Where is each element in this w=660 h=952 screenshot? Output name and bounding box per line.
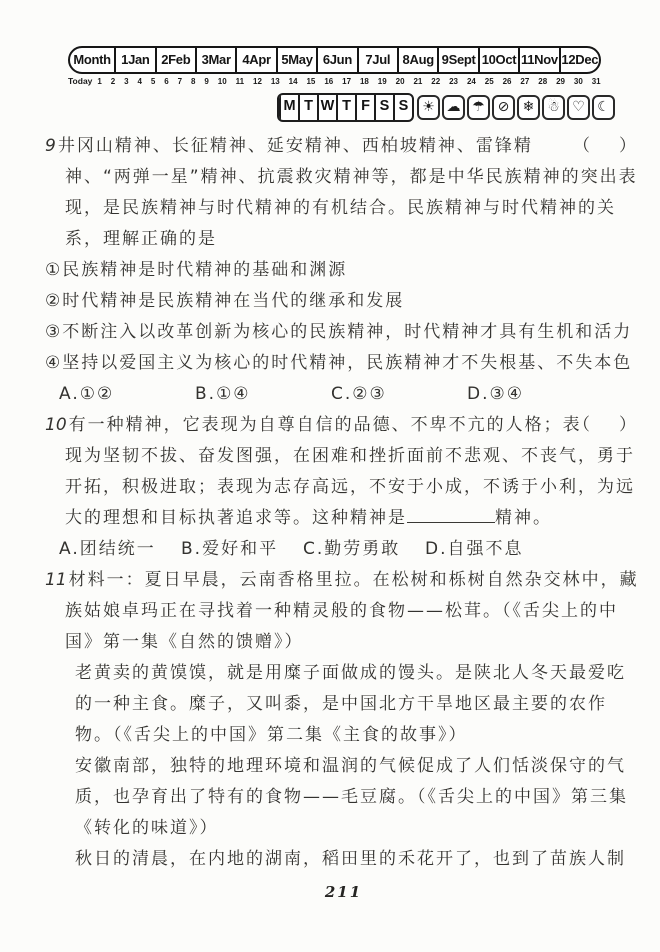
weekday-cell: M <box>279 95 298 120</box>
question-number: 10 <box>45 415 69 435</box>
day-number: 28 <box>538 77 547 86</box>
answer-bracket: （ ） <box>593 410 642 441</box>
day-number: 14 <box>289 77 298 86</box>
question-9: （ ）9井冈山精神、长征精神、延安精神、西柏坡精神、雷锋精神、“两弹一星”精神、… <box>45 131 642 410</box>
choice-label: D.③④ <box>467 379 524 410</box>
day-number: 17 <box>342 77 351 86</box>
month-cell: 10Oct <box>478 48 518 72</box>
month-cell: 11Nov <box>518 48 558 72</box>
material-paragraph: 安徽南部，独特的地理环境和温润的气候促成了人们恬淡保守的气质，也孕育出了特有的食… <box>75 751 642 844</box>
month-cell: 3Mar <box>195 48 235 72</box>
page-number: 211 <box>45 877 642 908</box>
day-number: 16 <box>324 77 333 86</box>
day-number: 13 <box>271 77 280 86</box>
day-number: 18 <box>360 77 369 86</box>
numbered-option: ①民族精神是时代精神的基础和渊源 <box>45 255 642 286</box>
day-number: 15 <box>306 77 315 86</box>
day-number: 21 <box>413 77 422 86</box>
question-10: （ ）10有一种精神，它表现为自尊自信的品德、不卑不亢的人格；表现为坚韧不拔、奋… <box>45 410 642 565</box>
question-number: 11 <box>45 570 69 590</box>
question-10-choices: A.团结统一B.爱好和平C.勤劳勇敢D.自强不息 <box>59 534 642 565</box>
day-number: 6 <box>164 77 168 86</box>
rain-cloud-icon: ☂ <box>467 95 490 120</box>
rain-storm-icon: ⊘ <box>492 95 515 120</box>
answer-bracket: （ ） <box>593 131 642 162</box>
day-number: 27 <box>520 77 529 86</box>
day-number: 29 <box>556 77 565 86</box>
question-number: 9 <box>45 136 58 156</box>
material-paragraph: 秋日的清晨，在内地的湖南，稻田里的禾花开了，也到了苗族人制 <box>75 844 642 875</box>
weekday-and-weather-strip: MTWTFSS ☀☁☂⊘❄☃♡☾ <box>277 93 660 122</box>
question-9-choices: A.①②B.①④C.②③D.③④ <box>59 379 642 410</box>
day-number: 25 <box>485 77 494 86</box>
moon-icon: ☾ <box>592 95 615 120</box>
snowman-icon: ☃ <box>542 95 565 120</box>
snow-icon: ❄ <box>517 95 540 120</box>
weather-icon-strip: ☀☁☂⊘❄☃♡☾ <box>417 95 615 120</box>
weekday-cell: S <box>374 95 393 120</box>
numbered-option: ②时代精神是民族精神在当代的继承和发展 <box>45 286 642 317</box>
exam-body: （ ）9井冈山精神、长征精神、延安精神、西柏坡精神、雷锋精神、“两弹一星”精神、… <box>45 131 642 908</box>
month-cell: 8Aug <box>397 48 437 72</box>
month-cell: 5May <box>276 48 316 72</box>
calendar-day-strip: Today 1234567891011121314151617181920212… <box>68 76 601 86</box>
day-number: 12 <box>253 77 262 86</box>
weekday-cell: T <box>298 95 317 120</box>
day-number: 9 <box>204 77 208 86</box>
question-11-material-1: 11材料一：夏日早晨，云南香格里拉。在松树和栎树自然杂交林中，藏族姑娘卓玛正在寻… <box>45 565 642 658</box>
month-cell: 6Jun <box>316 48 356 72</box>
day-number: 22 <box>431 77 440 86</box>
numbered-option: ③不断注入以改革创新为核心的民族精神，时代精神才具有生机和活力 <box>45 317 642 348</box>
calendar-month-strip: Month 1Jan2Feb3Mar4Apr5May6Jun7Jul8Aug9S… <box>68 46 601 74</box>
material-paragraph: 老黄卖的黄馍馍，就是用糜子面做成的馒头。是陕北人冬天最爱吃的一种主食。糜子，又叫… <box>75 658 642 751</box>
day-number: 19 <box>378 77 387 86</box>
day-number: 20 <box>396 77 405 86</box>
partly-cloudy-icon: ☁ <box>442 95 465 120</box>
day-number: 31 <box>592 77 601 86</box>
weekday-strip: MTWTFSS <box>277 93 414 122</box>
sun-icon: ☀ <box>417 95 440 120</box>
month-label: Month <box>70 48 114 72</box>
choice-label: B.爱好和平 <box>181 534 303 565</box>
day-number: 11 <box>236 77 244 86</box>
day-number: 5 <box>151 77 155 86</box>
day-number: 8 <box>191 77 195 86</box>
weekday-cell: T <box>336 95 355 120</box>
choice-label: A.团结统一 <box>59 534 181 565</box>
month-cell: 12Dec <box>559 48 599 72</box>
day-number: 3 <box>124 77 128 86</box>
month-cell: 4Apr <box>235 48 275 72</box>
month-cell: 1Jan <box>114 48 154 72</box>
day-number: 7 <box>178 77 182 86</box>
question-10-stem: （ ）10有一种精神，它表现为自尊自信的品德、不卑不亢的人格；表现为坚韧不拔、奋… <box>45 410 642 534</box>
day-number: 24 <box>467 77 476 86</box>
today-label: Today <box>68 76 92 86</box>
question-9-stem-text: 井冈山精神、长征精神、延安精神、西柏坡精神、雷锋精神、“两弹一星”精神、抗震救灾… <box>58 136 638 249</box>
choice-label: A.①② <box>59 379 195 410</box>
day-number: 26 <box>503 77 512 86</box>
question-11: 11材料一：夏日早晨，云南香格里拉。在松树和栎树自然杂交林中，藏族姑娘卓玛正在寻… <box>45 565 642 875</box>
fill-in-blank <box>407 506 495 523</box>
day-number: 23 <box>449 77 458 86</box>
month-cell: 2Feb <box>155 48 195 72</box>
numbered-option: ④坚持以爱国主义为核心的时代精神，民族精神才不失根基、不失本色 <box>45 348 642 379</box>
question-10-stem-tail: 精神。 <box>495 508 552 528</box>
day-number: 1 <box>97 77 101 86</box>
question-9-stem: （ ）9井冈山精神、长征精神、延安精神、西柏坡精神、雷锋精神、“两弹一星”精神、… <box>45 131 642 255</box>
day-number: 4 <box>138 77 142 86</box>
choice-label: B.①④ <box>195 379 331 410</box>
day-number: 2 <box>111 77 115 86</box>
day-number: 10 <box>218 77 227 86</box>
day-number: 30 <box>574 77 583 86</box>
choice-label: C.②③ <box>331 379 467 410</box>
weekday-cell: F <box>355 95 374 120</box>
weekday-cell: S <box>393 95 412 120</box>
heart-icon: ♡ <box>567 95 590 120</box>
month-cell: 9Sept <box>437 48 477 72</box>
choice-label: C.勤劳勇敢 <box>303 534 425 565</box>
choice-label: D.自强不息 <box>425 534 524 565</box>
material-1-text: 材料一：夏日早晨，云南香格里拉。在松树和栎树自然杂交林中，藏族姑娘卓玛正在寻找着… <box>65 570 639 652</box>
weekday-cell: W <box>317 95 336 120</box>
month-cell: 7Jul <box>357 48 397 72</box>
